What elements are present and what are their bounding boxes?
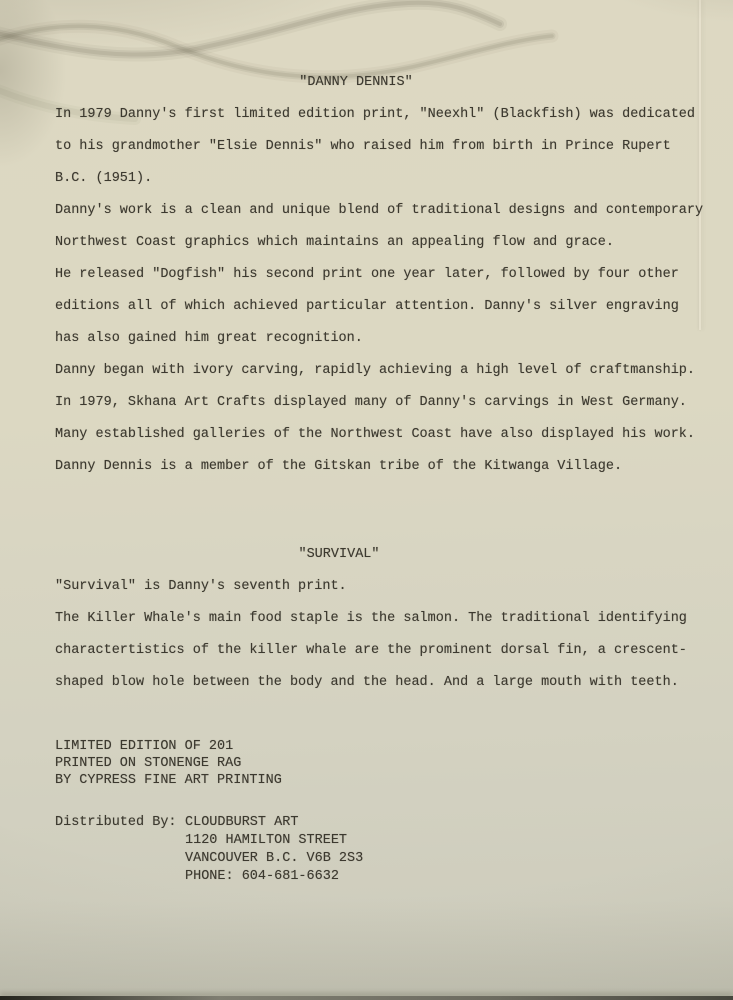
artist-paragraph: Danny Dennis is a member of the Gitskan … <box>55 451 707 483</box>
distribution-address: CLOUDBURST ART 1120 HAMILTON STREET VANC… <box>185 814 707 886</box>
artist-paragraph: Danny began with ivory carving, rapidly … <box>55 355 707 451</box>
typewritten-document-photo: "DANNY DENNIS" In 1979 Danny's first lim… <box>0 0 733 1000</box>
print-paragraph: "Survival" is Danny's seventh print. <box>55 571 707 603</box>
distribution-line: VANCOUVER B.C. V6B 2S3 <box>185 850 707 868</box>
photo-bottom-edge <box>0 996 733 1000</box>
artist-paragraph: Danny's work is a clean and unique blend… <box>55 195 707 259</box>
edition-line: BY CYPRESS FINE ART PRINTING <box>55 772 707 789</box>
edition-line: PRINTED ON STONENGE RAG <box>55 755 707 772</box>
print-section-title: "SURVIVAL" <box>13 539 665 571</box>
distribution-line: 1120 HAMILTON STREET <box>185 832 707 850</box>
distribution-label: Distributed By: <box>55 814 185 886</box>
distribution-block: Distributed By: CLOUDBURST ART 1120 HAMI… <box>55 814 707 886</box>
distribution-line: PHONE: 604-681-6632 <box>185 868 707 886</box>
print-paragraph: The Killer Whale's main food staple is t… <box>55 603 707 699</box>
edition-info-block: LIMITED EDITION OF 201 PRINTED ON STONEN… <box>55 738 707 789</box>
document-body: "DANNY DENNIS" In 1979 Danny's first lim… <box>55 0 707 886</box>
edition-line: LIMITED EDITION OF 201 <box>55 738 707 755</box>
artist-paragraph: In 1979 Danny's first limited edition pr… <box>55 99 707 195</box>
distribution-line: CLOUDBURST ART <box>185 814 707 832</box>
artist-section-title: "DANNY DENNIS" <box>30 67 682 99</box>
artist-paragraph: He released "Dogfish" his second print o… <box>55 259 707 355</box>
